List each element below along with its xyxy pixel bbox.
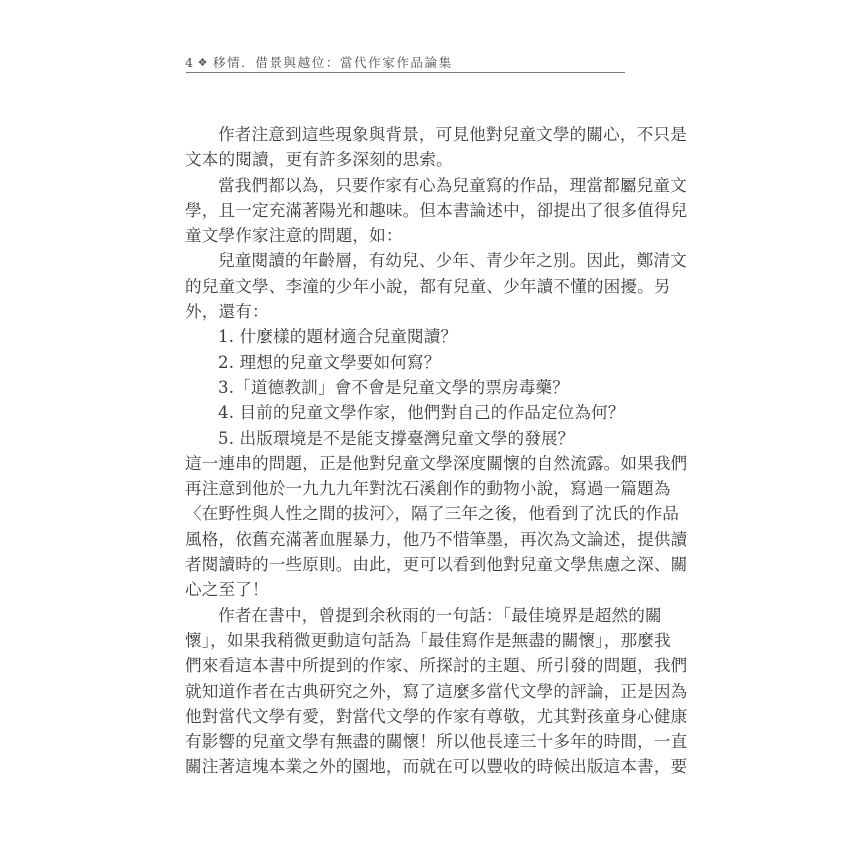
- text-line: 者閱讀時的一些原則。由此，更可以看到他對兒童文學焦慮之深、關: [185, 552, 625, 577]
- text-line: 關注著這塊本業之外的園地，而就在可以豐收的時候出版這本書，要: [185, 754, 625, 779]
- running-head: 4 ❖ 移情．借景與越位：當代作家作品論集: [185, 52, 625, 72]
- text-line: 外，還有：: [185, 299, 625, 324]
- list-item: 2. 理想的兒童文學要如何寫？: [185, 350, 625, 375]
- list-item: 4. 目前的兒童文學作家，他們對自己的作品定位為何？: [185, 400, 625, 425]
- page-number: 4: [185, 55, 195, 70]
- text-line: 他對當代文學有愛，對當代文學的作家有尊敬，尤其對孩童身心健康: [185, 704, 625, 729]
- text-line: 的兒童文學、李潼的少年小說，都有兒童、少年讀不懂的困擾。另: [185, 274, 625, 299]
- text-line: 們來看這本書中所提到的作家、所探討的主題、所引發的問題，我們: [185, 653, 625, 678]
- text-line: 這一連串的問題，正是他對兒童文學深度關懷的自然流露。如果我們: [185, 451, 625, 476]
- header-rule: [186, 72, 625, 73]
- diamond-ornament-icon: ❖: [198, 56, 209, 69]
- text-line: 作者注意到這些現象與背景，可見他對兒童文學的關心，不只是: [185, 122, 625, 147]
- text-line: 作者在書中，曾提到余秋雨的一句話：「最佳境界是超然的關: [185, 603, 625, 628]
- text-line: 〈在野性與人性之間的拔河〉，隔了三年之後，他看到了沈氏的作品: [185, 501, 625, 526]
- list-item: 5. 出版環境是不是能支撐臺灣兒童文學的發展？: [185, 426, 625, 451]
- list-item: 1. 什麼樣的題材適合兒童閱讀？: [185, 324, 625, 349]
- text-line: 再注意到他於一九九九年對沈石溪創作的動物小說，寫過一篇題為: [185, 476, 625, 501]
- book-title: 移情．借景與越位：當代作家作品論集: [213, 53, 453, 71]
- list-item: 3.「道德教訓」會不會是兒童文學的票房毒藥？: [185, 375, 625, 400]
- text-line: 兒童閱讀的年齡層，有幼兒、少年、青少年之別。因此，鄭清文: [185, 248, 625, 273]
- text-line: 當我們都以為，只要作家有心為兒童寫的作品，理當都屬兒童文: [185, 173, 625, 198]
- text-line: 就知道作者在古典研究之外，寫了這麼多當代文學的評論，正是因為: [185, 679, 625, 704]
- text-line: 心之至了！: [185, 577, 625, 602]
- body-text: 作者注意到這些現象與背景，可見他對兒童文學的關心，不只是 文本的閱讀，更有許多深…: [185, 122, 625, 780]
- text-line: 學，且一定充滿著陽光和趣味。但本書論述中，卻提出了很多值得兒: [185, 198, 625, 223]
- text-line: 有影響的兒童文學有無盡的關懷！所以他長達三十多年的時間，一直: [185, 729, 625, 754]
- text-line: 文本的閱讀，更有許多深刻的思索。: [185, 147, 625, 172]
- text-line: 風格，依舊充滿著血腥暴力，他乃不惜筆墨，再次為文論述，提供讀: [185, 527, 625, 552]
- book-page: 4 ❖ 移情．借景與越位：當代作家作品論集 作者注意到這些現象與背景，可見他對兒…: [0, 0, 850, 850]
- text-line: 懷」，如果我稍微更動這句話為「最佳寫作是無盡的關懷」，那麼我: [185, 628, 625, 653]
- text-line: 童文學作家注意的問題，如：: [185, 223, 625, 248]
